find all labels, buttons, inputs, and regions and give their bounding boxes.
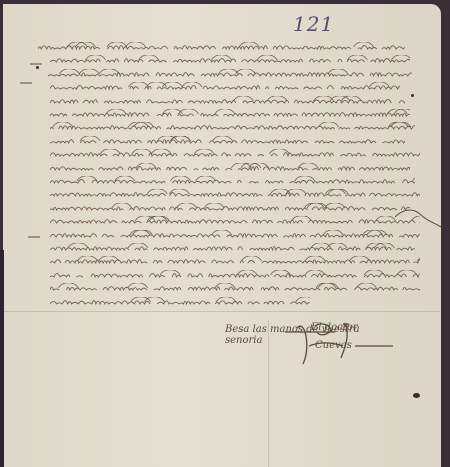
handwritten-line (50, 230, 420, 241)
handwritten-line (50, 176, 415, 187)
handwritten-body (0, 0, 450, 467)
handwritten-line (50, 297, 310, 308)
handwritten-line (50, 55, 410, 66)
handwritten-line (50, 203, 410, 214)
handwritten-line (48, 69, 412, 80)
handwritten-line (38, 42, 405, 53)
signature-flourish (225, 318, 395, 368)
margin-mark (28, 233, 42, 243)
ink-dot (36, 66, 39, 69)
handwritten-line (50, 82, 400, 93)
handwritten-line (50, 189, 420, 200)
line-flourish (395, 205, 445, 232)
handwritten-line (50, 270, 420, 281)
ink-blot (413, 393, 420, 398)
handwritten-line (50, 109, 410, 120)
handwritten-line (50, 96, 405, 107)
handwritten-line (50, 216, 420, 227)
signature-block: Besa las manos de vuestra senoria El doc… (225, 318, 395, 368)
handwritten-line (50, 163, 410, 174)
ink-dot (411, 94, 414, 97)
handwritten-line (50, 136, 405, 147)
handwritten-line (50, 256, 420, 267)
signature-line-2: Cuevas (315, 340, 352, 351)
handwritten-line (50, 149, 420, 160)
margin-mark (20, 79, 34, 89)
handwritten-line (50, 122, 415, 133)
handwritten-line (50, 283, 420, 294)
handwritten-line (50, 243, 415, 254)
signature-line-1: El doctor (311, 322, 358, 333)
